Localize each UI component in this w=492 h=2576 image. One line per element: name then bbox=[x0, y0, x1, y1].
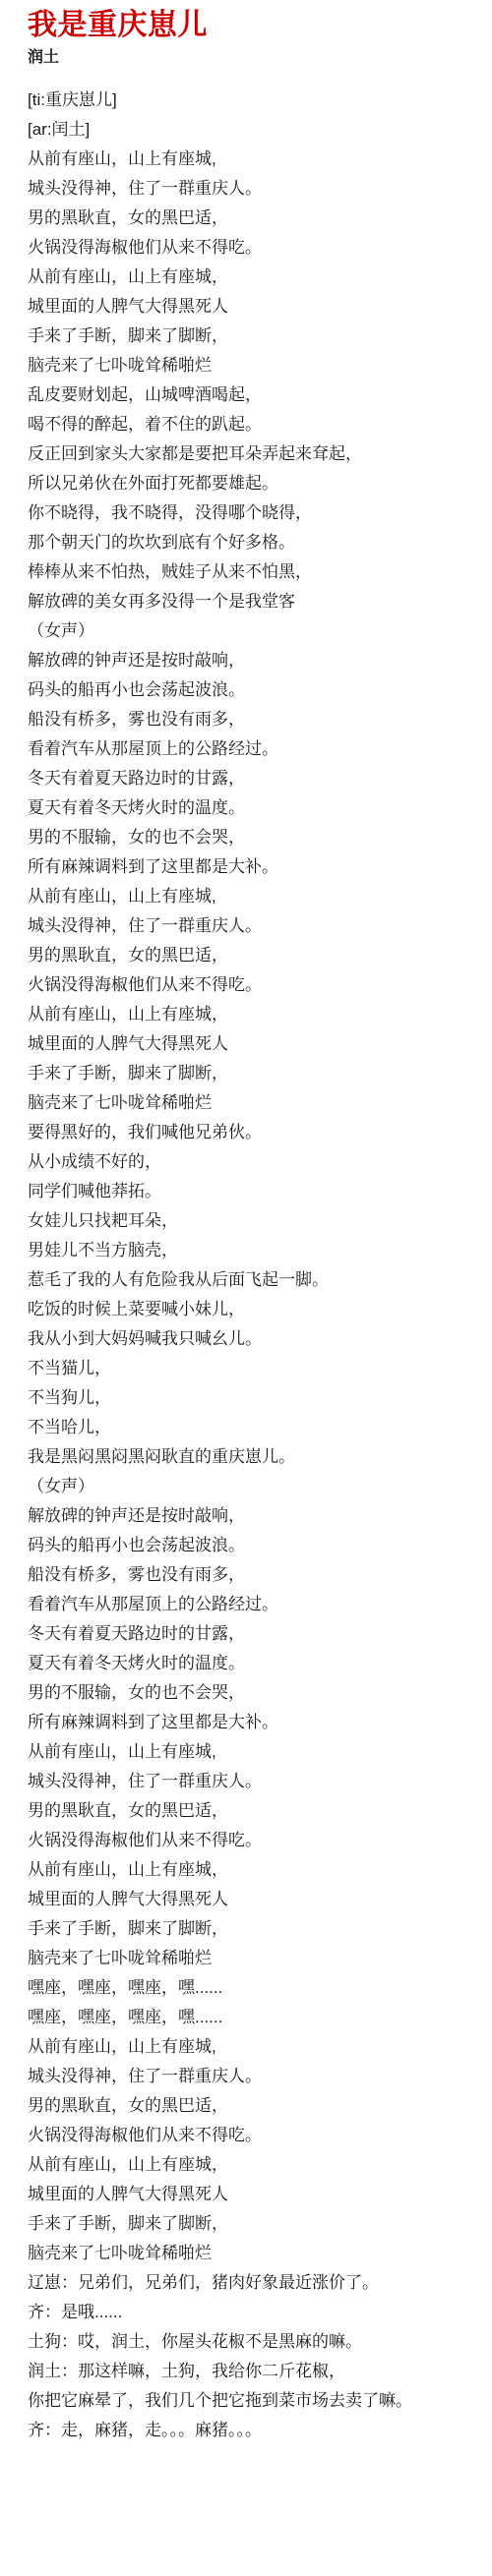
lyric-line: 火锅没得海椒他们从来不得吃。 bbox=[28, 970, 476, 1000]
lyric-line: 冬天有着夏天路边时的甘露， bbox=[28, 764, 476, 793]
lyric-line: 从小成绩不好的， bbox=[28, 1147, 476, 1177]
lyric-line: 从前有座山，山上有座城， bbox=[28, 1855, 476, 1885]
lyric-line: 男的不服输，女的也不会哭， bbox=[28, 1678, 476, 1708]
artist-name: 润土 bbox=[28, 47, 476, 68]
lyric-line: 手来了手断，脚来了脚断， bbox=[28, 2209, 476, 2239]
lyric-line: 从前有座山，山上有座城， bbox=[28, 2150, 476, 2180]
lyric-line: 你不晓得，我不晓得，没得哪个晓得， bbox=[28, 498, 476, 528]
lyric-line: 你把它麻晕了，我们几个把它拖到菜市场去卖了嘛。 bbox=[28, 2386, 476, 2416]
lyric-line: 从前有座山，山上有座城, bbox=[28, 2032, 476, 2062]
lyric-line: 反正回到家头大家都是要把耳朵弄起来耷起， bbox=[28, 439, 476, 469]
lyric-line: 嘿座，嘿座，嘿座，嘿...... bbox=[28, 2003, 476, 2032]
lyric-line: 要得黑好的，我们喊他兄弟伙。 bbox=[28, 1118, 476, 1147]
song-title: 我是重庆崽儿 bbox=[28, 8, 476, 43]
lyric-line: 从前有座山，山上有座城， bbox=[28, 263, 476, 292]
lyric-line: 城里面的人脾气大得黑死人 bbox=[28, 292, 476, 322]
lyric-line: （女声） bbox=[28, 1472, 476, 1501]
lyric-line: 手来了手断，脚来了脚断， bbox=[28, 1059, 476, 1088]
lyric-line: 嘿座，嘿座，嘿座，嘿...... bbox=[28, 1973, 476, 2003]
lyric-line: 从前有座山，山上有座城， bbox=[28, 1000, 476, 1029]
lyric-line: 那个朝天门的坎坎到底有个好多格。 bbox=[28, 528, 476, 557]
lyric-line: 城里面的人脾气大得黑死人 bbox=[28, 1029, 476, 1059]
lyric-line: 男的黑耿直，女的黑巴适， bbox=[28, 2091, 476, 2121]
lyric-line: 脑壳来了七卟咙耸稀啪烂 bbox=[28, 1944, 476, 1973]
lyric-line: 润土：那这样嘛，土狗，我给你二斤花椒， bbox=[28, 2357, 476, 2386]
lyric-line: 辽崽：兄弟们，兄弟们，猪肉好象最近涨价了。 bbox=[28, 2268, 476, 2298]
lyric-line: 手来了手断，脚来了脚断， bbox=[28, 322, 476, 351]
lyric-line: 土狗：哎，润土，你屋头花椒不是黑麻的嘛。 bbox=[28, 2327, 476, 2357]
lyric-line: 城里面的人脾气大得黑死人 bbox=[28, 2180, 476, 2209]
lyric-line: 脑壳来了七卟咙耸稀啪烂 bbox=[28, 2239, 476, 2268]
lyric-line: 喝不得的醉起，着不住的趴起。 bbox=[28, 410, 476, 439]
lyric-line: 解放碑的钟声还是按时敲响， bbox=[28, 1501, 476, 1531]
lyric-line: 不当狗儿， bbox=[28, 1383, 476, 1413]
lyric-line: 解放碑的美女再多没得一个是我堂客 bbox=[28, 587, 476, 616]
lyric-line: 从前有座山，山上有座城, bbox=[28, 1737, 476, 1767]
lyric-line: 城里面的人脾气大得黑死人 bbox=[28, 1885, 476, 1914]
lyric-line: 男的黑耿直，女的黑巴适， bbox=[28, 941, 476, 970]
lyric-line: 我从小到大妈妈喊我只喊幺儿。 bbox=[28, 1324, 476, 1354]
lyric-line: 齐：走，麻猪，走。。。麻猪。。。 bbox=[28, 2416, 476, 2445]
lyric-line: 男娃儿不当方脑壳， bbox=[28, 1236, 476, 1265]
lyric-line: 火锅没得海椒他们从来不得吃。 bbox=[28, 2121, 476, 2150]
lyrics: [ti:重庆崽儿][ar:闰土]从前有座山，山上有座城,城头没得神，住了一群重庆… bbox=[28, 86, 476, 2445]
lyric-line: 夏天有着冬天烤火时的温度。 bbox=[28, 793, 476, 823]
lyric-line: （女声） bbox=[28, 616, 476, 646]
lyric-line: 所有麻辣调料到了这里都是大补。 bbox=[28, 1708, 476, 1737]
lyric-line: 火锅没得海椒他们从来不得吃。 bbox=[28, 233, 476, 263]
lyric-line: 冬天有着夏天路边时的甘露， bbox=[28, 1619, 476, 1649]
lyric-line: 城头没得神，住了一群重庆人。 bbox=[28, 911, 476, 941]
lyric-line: 我是黑闷黑闷黑闷耿直的重庆崽儿。 bbox=[28, 1442, 476, 1472]
lyric-line: 码头的船再小也会荡起波浪。 bbox=[28, 1531, 476, 1560]
lyric-line: 男的不服输，女的也不会哭， bbox=[28, 823, 476, 852]
lyric-line: 手来了手断，脚来了脚断， bbox=[28, 1914, 476, 1944]
lyric-line: 所有麻辣调料到了这里都是大补。 bbox=[28, 852, 476, 882]
lyric-line: 城头没得神，住了一群重庆人。 bbox=[28, 1767, 476, 1796]
lyric-line: 齐：是哦...... bbox=[28, 2298, 476, 2327]
lyric-line: 船没有桥多，雾也没有雨多， bbox=[28, 1560, 476, 1590]
lyric-line: 城头没得神，住了一群重庆人。 bbox=[28, 174, 476, 204]
lyric-line: 脑壳来了七卟咙耸稀啪烂 bbox=[28, 1088, 476, 1118]
lyric-line: 乱皮要财划起，山城啤酒喝起， bbox=[28, 381, 476, 410]
lyric-line: 看着汽车从那屋顶上的公路经过。 bbox=[28, 734, 476, 764]
lyric-line: 夏天有着冬天烤火时的温度。 bbox=[28, 1649, 476, 1678]
lyric-line: 解放碑的钟声还是按时敲响， bbox=[28, 646, 476, 675]
lyric-line: 不当哈儿， bbox=[28, 1413, 476, 1442]
lyric-line: 不当猫儿， bbox=[28, 1354, 476, 1383]
lyric-line: 火锅没得海椒他们从来不得吃。 bbox=[28, 1826, 476, 1855]
lyric-line: 从前有座山，山上有座城, bbox=[28, 145, 476, 174]
lyric-line: 脑壳来了七卟咙耸稀啪烂 bbox=[28, 351, 476, 381]
lyrics-page: 我是重庆崽儿 润土 [ti:重庆崽儿][ar:闰土]从前有座山，山上有座城,城头… bbox=[0, 0, 492, 2445]
lyric-line: 男的黑耿直，女的黑巴适， bbox=[28, 1796, 476, 1826]
lyric-line: 看着汽车从那屋顶上的公路经过。 bbox=[28, 1590, 476, 1619]
lyric-line: 同学们喊他莽拓。 bbox=[28, 1177, 476, 1206]
lyric-line: [ti:重庆崽儿] bbox=[28, 86, 476, 115]
lyric-line: 城头没得神，住了一群重庆人。 bbox=[28, 2062, 476, 2091]
lyric-line: 码头的船再小也会荡起波浪。 bbox=[28, 675, 476, 705]
lyric-line: 惹毛了我的人有危险我从后面飞起一脚。 bbox=[28, 1265, 476, 1295]
lyric-line: 所以兄弟伙在外面打死都要雄起。 bbox=[28, 469, 476, 498]
lyric-line: 吃饭的时候上菜要喊小妹儿， bbox=[28, 1295, 476, 1324]
lyric-line: 男的黑耿直，女的黑巴适， bbox=[28, 204, 476, 233]
lyric-line: 女娃儿只找耙耳朵， bbox=[28, 1206, 476, 1236]
lyric-line: 从前有座山，山上有座城, bbox=[28, 882, 476, 911]
lyric-line: 船没有桥多，雾也没有雨多， bbox=[28, 705, 476, 734]
lyric-line: [ar:闰土] bbox=[28, 115, 476, 145]
lyric-line: 棒棒从来不怕热，贼娃子从来不怕黑， bbox=[28, 557, 476, 587]
